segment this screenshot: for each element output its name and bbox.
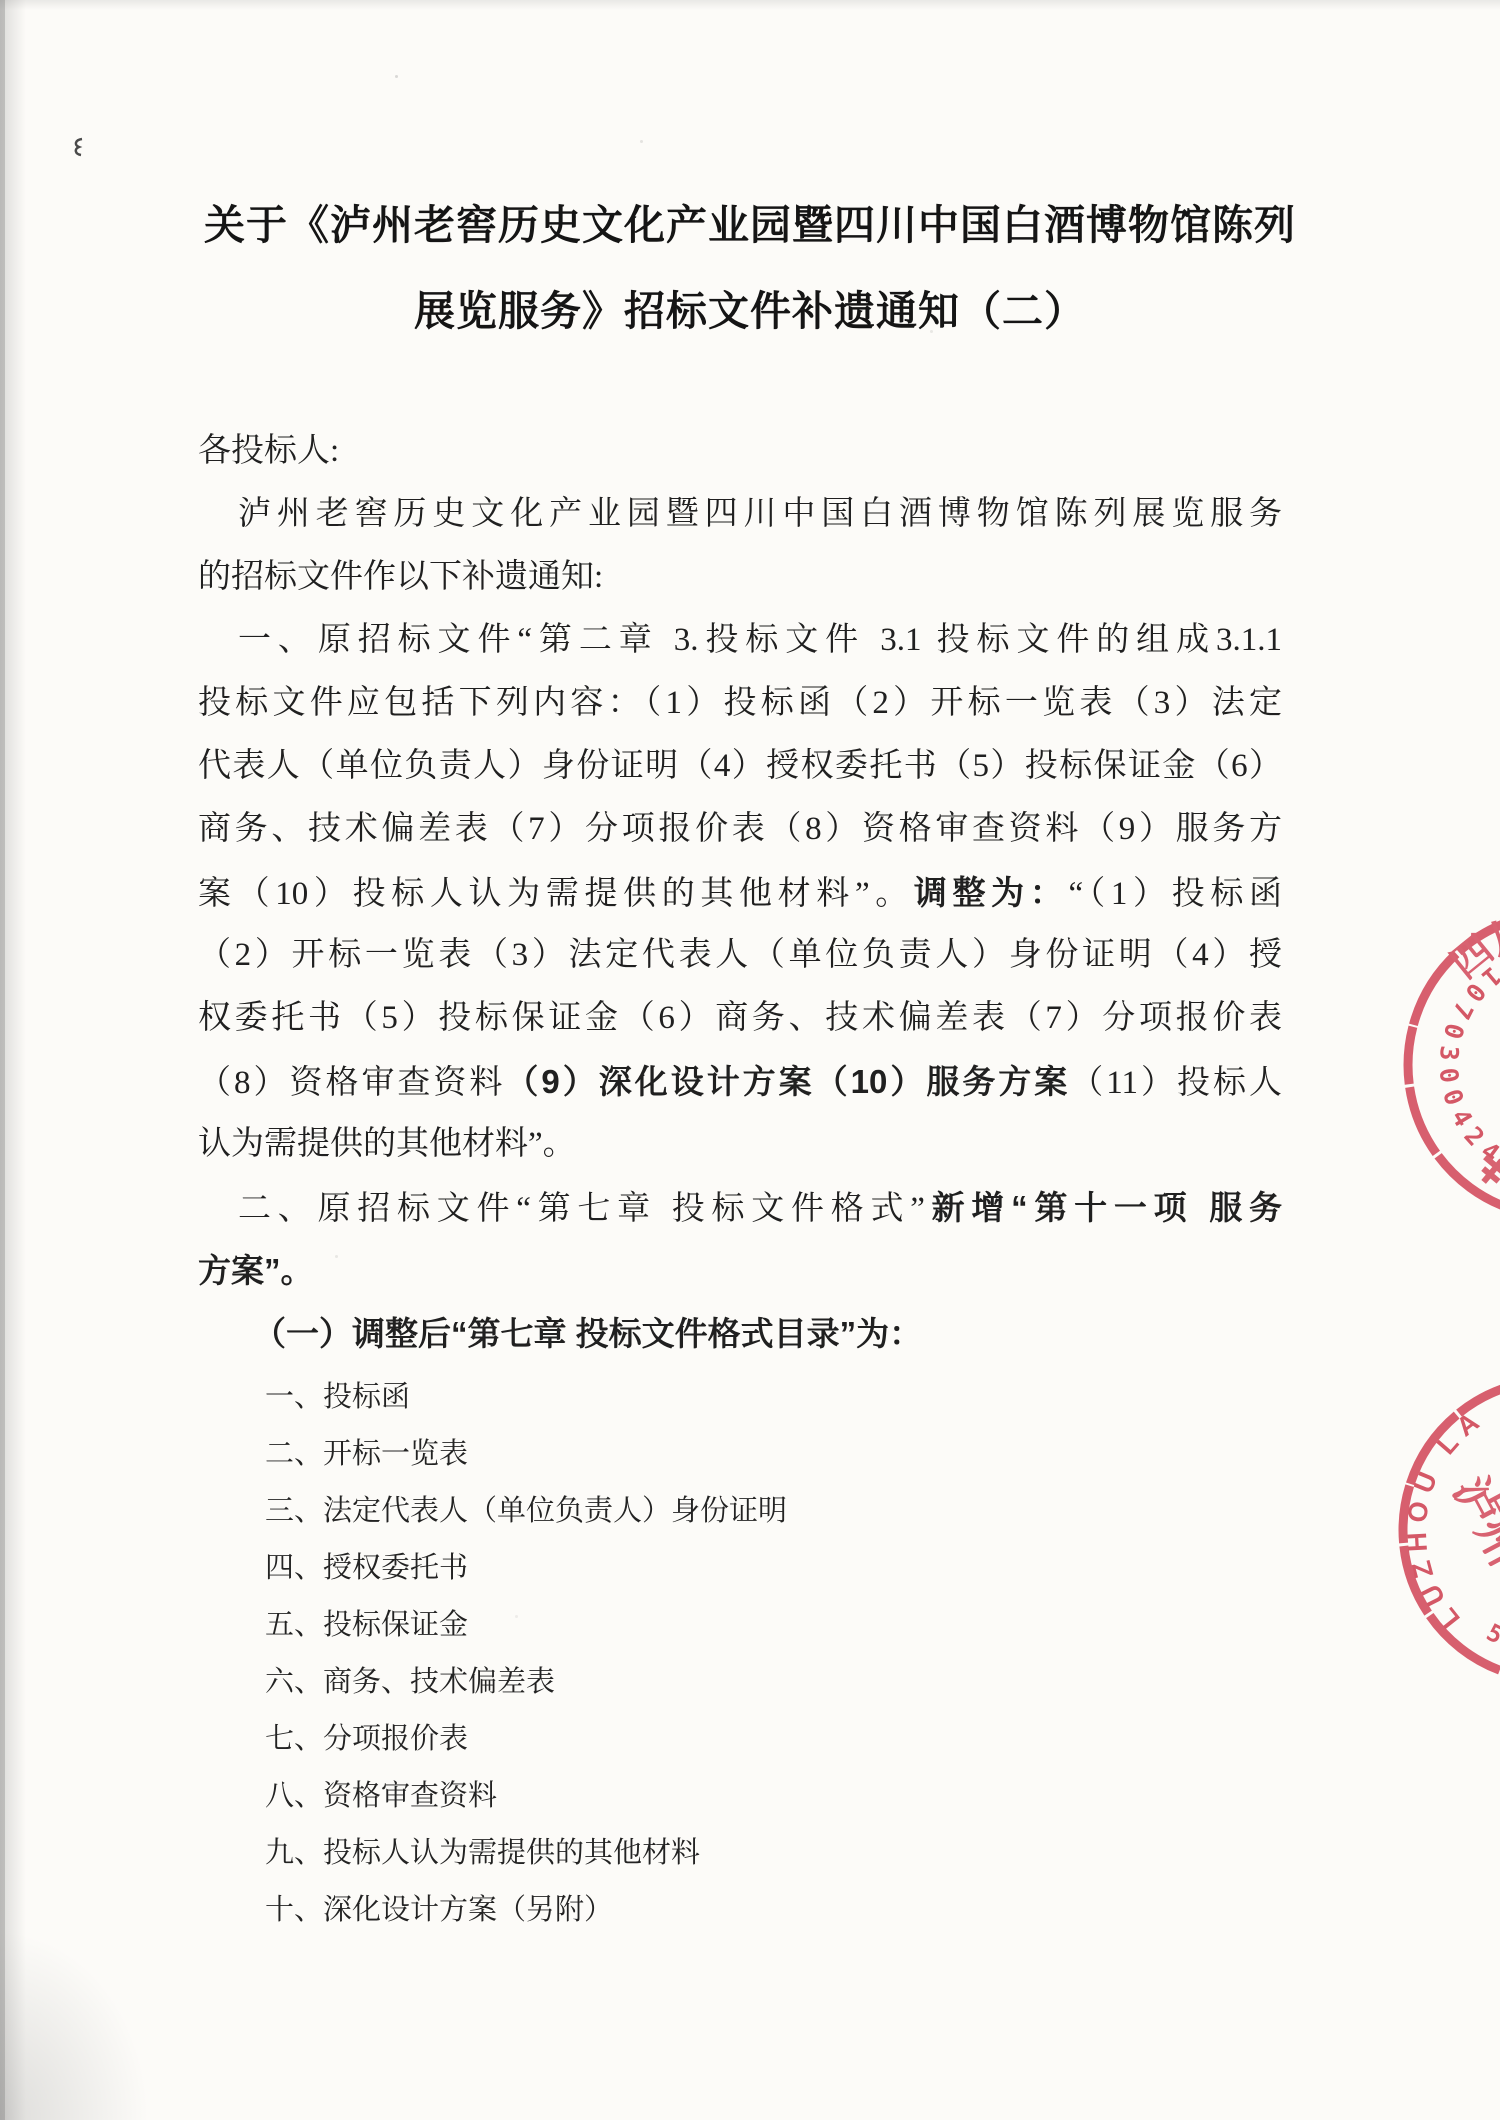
list-item: 十、深化设计方案（另附）: [265, 1882, 787, 1939]
list-item: 六、商务、技术偏差表: [265, 1654, 787, 1711]
list-item: 七、分项报价表: [265, 1711, 787, 1768]
body-line: 投标文件应包括下列内容：（1）投标函（2）开标一览表（3）法定: [198, 672, 1282, 735]
scan-artifact-mark: [70, 136, 88, 160]
body-line: 的招标文件作以下补遗通知:: [198, 546, 1282, 609]
body-segment-bold: 调整为：: [914, 874, 1069, 911]
list-item: 四、授权委托书: [265, 1540, 787, 1597]
list-item: 三、法定代表人（单位负责人）身份证明: [265, 1483, 787, 1540]
body-line: 泸州老窖历史文化产业园暨四川中国白酒博物馆陈列展览服务: [198, 483, 1282, 546]
body-line: （一）调整后“第七章 投标文件格式目录”为：: [198, 1302, 1282, 1365]
format-directory-list: 一、投标函 二、开标一览表 三、法定代表人（单位负责人）身份证明 四、授权委托书…: [265, 1369, 787, 1939]
list-item: 九、投标人认为需提供的其他材料: [265, 1825, 787, 1882]
seal-code-digits: 510: [1482, 1618, 1500, 1663]
scan-speckles: [395, 75, 398, 78]
body-segment-bold: 新增“第十一项 服务: [925, 1189, 1282, 1226]
list-item: 五、投标保证金: [265, 1597, 787, 1654]
body-line: （2）开标一览表（3）法定代表人（单位负责人）身份证明（4）授: [198, 924, 1282, 987]
body-segment-bold: （9）深化设计方案（10）服务方案: [505, 1063, 1070, 1100]
body-segment: “（1）投标函: [1068, 876, 1282, 912]
scan-edge-line-left: [0, 0, 5, 2120]
title-line-1: 关于《泸州老窖历史文化产业园暨四川中国白酒博物馆陈列: [60, 182, 1440, 268]
official-seal-lower: LUZHOU LA 510 泸州老窖: [1383, 1360, 1500, 1700]
list-item: 一、投标函: [265, 1369, 787, 1426]
list-item: 八、资格审查资料: [265, 1768, 787, 1825]
body-segment: 案（10）投标人认为需提供的其他材料”。: [198, 876, 914, 912]
body-line: 案（10）投标人认为需提供的其他材料”。调整为：“（1）投标函: [198, 861, 1282, 924]
body-line: 权委托书（5）投标保证金（6）商务、技术偏差表（7）分项报价表: [198, 987, 1282, 1050]
body-line: 认为需提供的其他材料”。: [198, 1113, 1282, 1176]
body-segment: （11）投标人: [1070, 1065, 1282, 1101]
list-item: 二、开标一览表: [265, 1426, 787, 1483]
body-segment: 二、原招标文件“第七章 投标文件格式”: [238, 1191, 925, 1227]
document-title: 关于《泸州老窖历史文化产业园暨四川中国白酒博物馆陈列 展览服务》招标文件补遗通知…: [60, 182, 1440, 354]
body-line: 代表人（单位负责人）身份证明（4）授权委托书（5）投标保证金（6）: [198, 735, 1282, 798]
scanned-document-page: 关于《泸州老窖历史文化产业园暨四川中国白酒博物馆陈列 展览服务》招标文件补遗通知…: [0, 0, 1500, 2120]
title-line-2: 展览服务》招标文件补遗通知（二）: [60, 268, 1440, 354]
body-line: 二、原招标文件“第七章 投标文件格式”新增“第十一项 服务: [198, 1176, 1282, 1239]
body-line: 一、原招标文件“第二章 3.投标文件 3.1 投标文件的组成3.1.1: [198, 609, 1282, 672]
body-line: 商务、技术偏差表（7）分项报价表（8）资格审查资料（9）服务方: [198, 798, 1282, 861]
official-seal-upper: 四川 5107030042497: [1390, 895, 1500, 1235]
seal-code-digits: 5107030042497: [1433, 949, 1500, 1191]
body-segment: （8）资格审查资料: [198, 1065, 505, 1101]
salutation: 各投标人:: [198, 420, 1282, 483]
body-line: 方案”。: [198, 1239, 1282, 1302]
scan-edge-shadow-top: [0, 0, 1500, 10]
body-line: （8）资格审查资料（9）深化设计方案（10）服务方案（11）投标人: [198, 1050, 1282, 1113]
document-body: 各投标人: 泸州老窖历史文化产业园暨四川中国白酒博物馆陈列展览服务 的招标文件作…: [198, 420, 1282, 1365]
scan-corner-shadow: [0, 1930, 150, 2120]
